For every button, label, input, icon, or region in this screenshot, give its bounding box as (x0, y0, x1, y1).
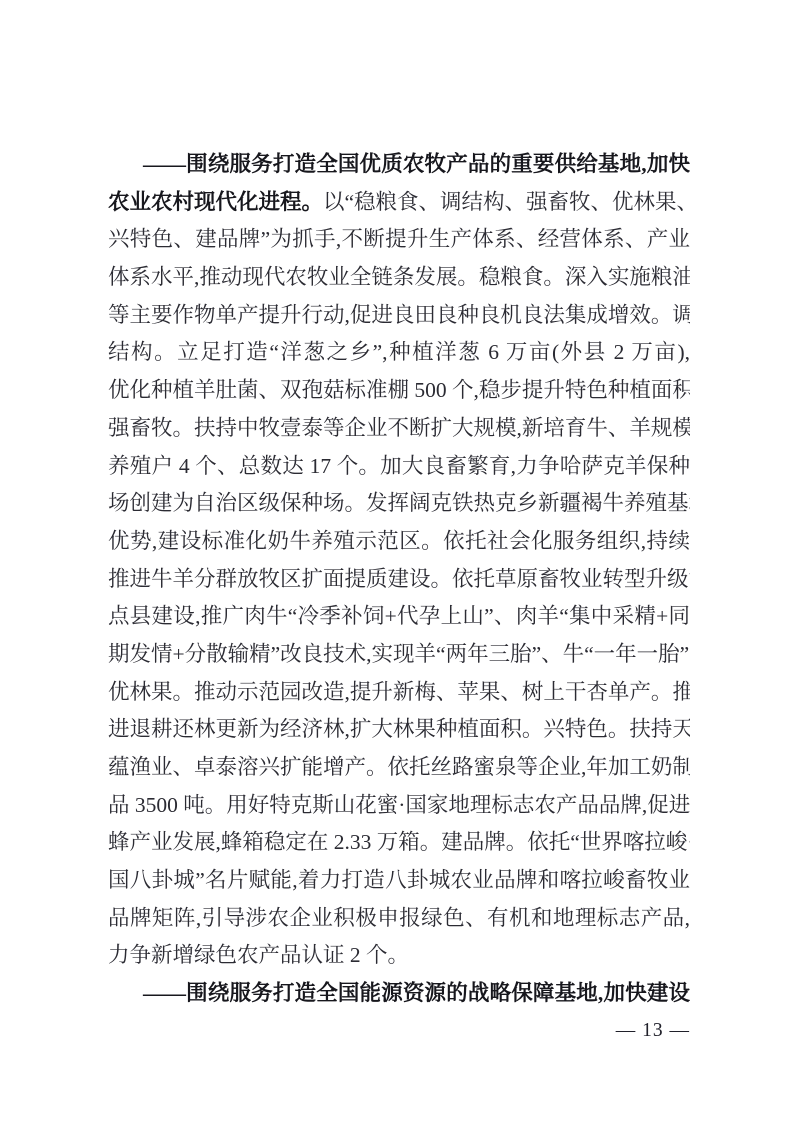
text-line: 优势,建设标准化奶牛养殖示范区。依托社会化服务组织,持续 (108, 523, 690, 561)
paragraph-lead-bold-text: 农业农村现代化进程。 (108, 190, 323, 214)
text-line: 养殖户 4 个、总数达 17 个。加大良畜繁育,力争哈萨克羊保种 (108, 448, 690, 486)
text-line: 推进牛羊分群放牧区扩面提质建设。依托草原畜牧业转型升级试 (108, 561, 690, 599)
paragraph-lead-bold-text: ——围绕服务打造全国能源资源的战略保障基地,加快建设 (143, 981, 690, 1005)
text-line: 期发情+分散输精”改良技术,实现羊“两年三胎”、牛“一年一胎”。 (108, 636, 690, 674)
text-line: 蕴渔业、卓泰溶兴扩能增产。依托丝路蜜泉等企业,年加工奶制 (108, 749, 690, 787)
paragraph-lead-bold-text: ——围绕服务打造全国优质农牧产品的重要供给基地,加快 (143, 152, 690, 176)
text-line: 国八卦城”名片赋能,着力打造八卦城农业品牌和喀拉峻畜牧业 (108, 862, 690, 900)
text-line: 优化种植羊肚菌、双孢菇标准棚 500 个,稳步提升特色种植面积。 (108, 372, 690, 410)
page-number: — 13 — (108, 1020, 690, 1042)
text-line: 农业农村现代化进程。以“稳粮食、调结构、强畜牧、优林果、 (108, 184, 690, 222)
document-body: ——围绕服务打造全国优质农牧产品的重要供给基地,加快 农业农村现代化进程。以“稳… (108, 146, 690, 1013)
text-line: 体系水平,推动现代农牧业全链条发展。稳粮食。深入实施粮油 (108, 259, 690, 297)
text-line: 强畜牧。扶持中牧壹泰等企业不断扩大规模,新培育牛、羊规模 (108, 410, 690, 448)
text-line: 力争新增绿色农产品认证 2 个。 (108, 937, 690, 975)
body-text: 以“稳粮食、调结构、强畜牧、优林果、 (323, 190, 690, 214)
document-page: ——围绕服务打造全国优质农牧产品的重要供给基地,加快 农业农村现代化进程。以“稳… (0, 0, 793, 1122)
text-line: 蜂产业发展,蜂箱稳定在 2.33 万箱。建品牌。依托“世界喀拉峻·中 (108, 824, 690, 862)
text-line: 品 3500 吨。用好特克斯山花蜜·国家地理标志农产品品牌,促进 (108, 787, 690, 825)
paragraph-lead-line: ——围绕服务打造全国能源资源的战略保障基地,加快建设 (108, 975, 690, 1013)
text-line: 等主要作物单产提升行动,促进良田良种良机良法集成增效。调 (108, 297, 690, 335)
text-line: 进退耕还林更新为经济林,扩大林果种植面积。兴特色。扶持天 (108, 711, 690, 749)
text-line: 点县建设,推广肉牛“冷季补饲+代孕上山”、肉羊“集中采精+同 (108, 598, 690, 636)
paragraph-lead-line: ——围绕服务打造全国优质农牧产品的重要供给基地,加快 (108, 146, 690, 184)
text-line: 品牌矩阵,引导涉农企业积极申报绿色、有机和地理标志产品, (108, 900, 690, 938)
text-line: 兴特色、建品牌”为抓手,不断提升生产体系、经营体系、产业 (108, 221, 690, 259)
text-line: 结构。立足打造“洋葱之乡”,种植洋葱 6 万亩(外县 2 万亩), (108, 334, 690, 372)
text-line: 场创建为自治区级保种场。发挥阔克铁热克乡新疆褐牛养殖基地 (108, 485, 690, 523)
paragraph-body: 兴特色、建品牌”为抓手,不断提升生产体系、经营体系、产业体系水平,推动现代农牧业… (108, 221, 690, 937)
text-line: 优林果。推动示范园改造,提升新梅、苹果、树上干杏单产。推 (108, 674, 690, 712)
